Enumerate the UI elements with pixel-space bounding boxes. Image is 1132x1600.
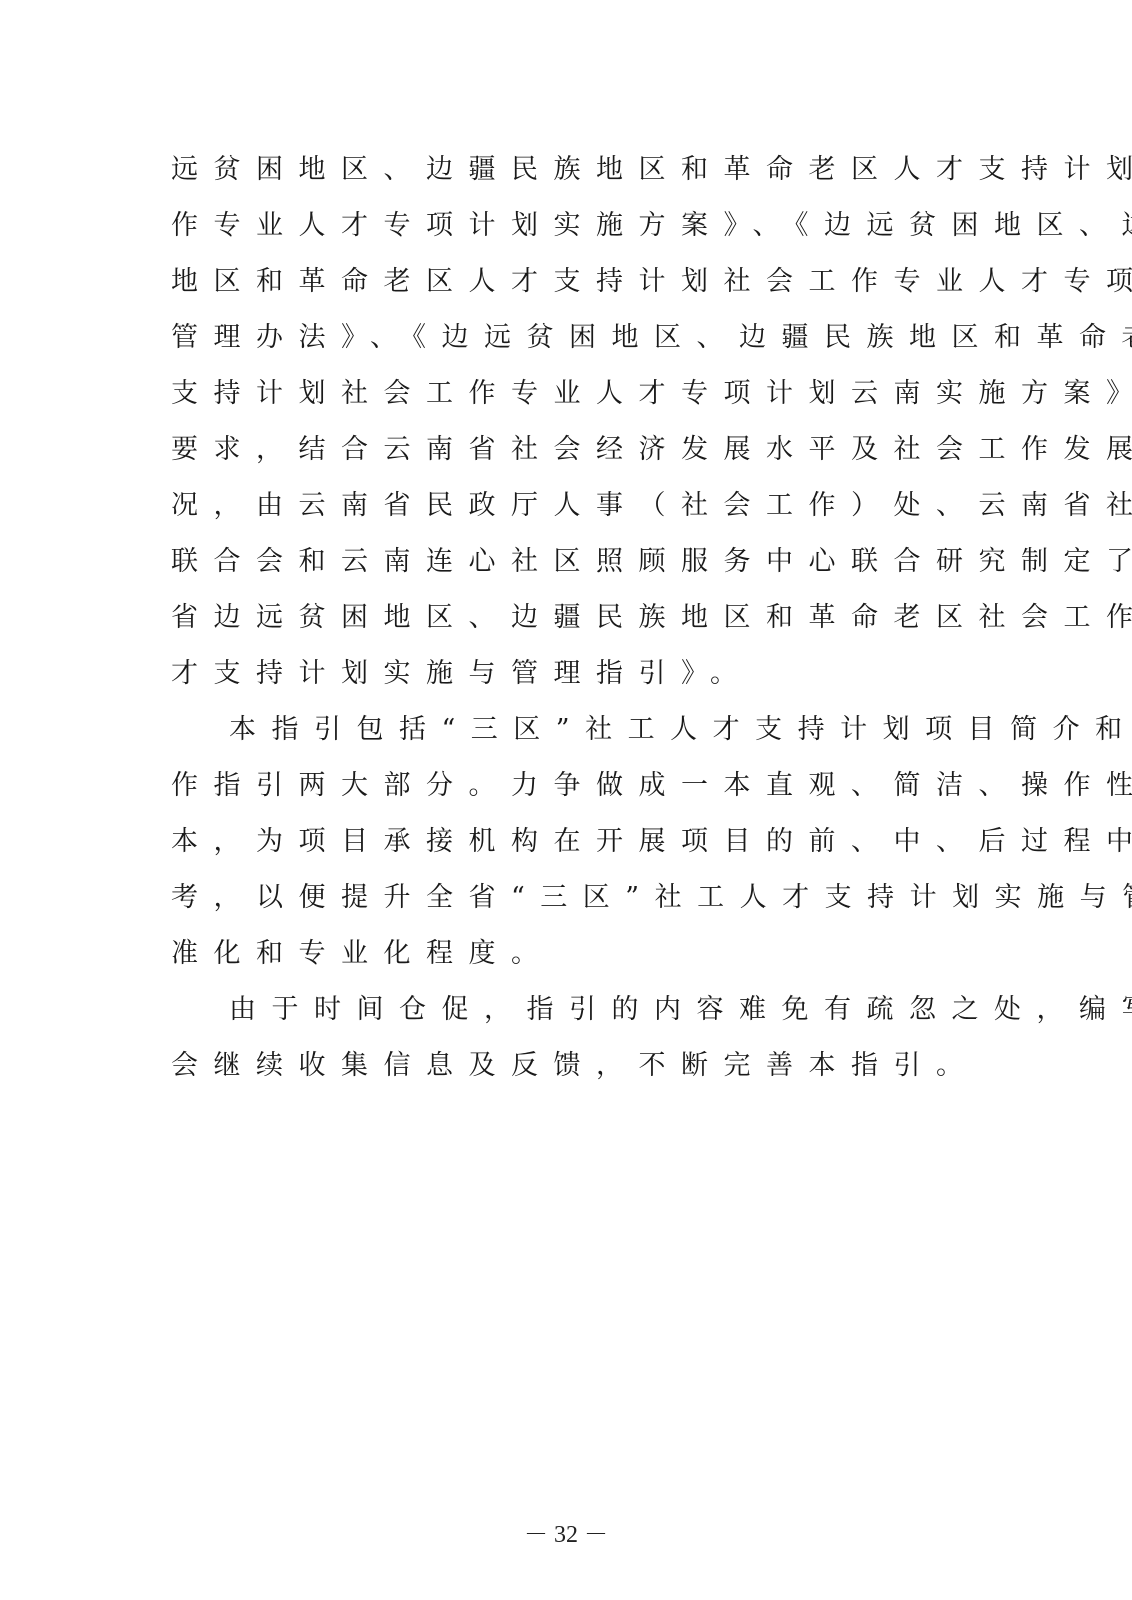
text-line: 会继续收集信息及反馈，不断完善本指引。 — [171, 1038, 943, 1094]
document-page: 远贫困地区、边疆民族地区和革命老区人才支持计划社会工 作专业人才专项计划实施方案… — [0, 0, 1132, 1600]
text-line: 要求，结合云南省社会经济发展水平及社会工作发展实际情 — [171, 422, 943, 478]
text-line: 作专业人才专项计划实施方案》、《边远贫困地区、边疆民族 — [171, 198, 943, 254]
text-line: 远贫困地区、边疆民族地区和革命老区人才支持计划社会工 — [171, 142, 943, 198]
text-line: 准化和专业化程度。 — [171, 926, 943, 982]
text-line: 地区和革命老区人才支持计划社会工作专业人才专项资金 — [171, 254, 943, 310]
page-number: － 32 － — [0, 1514, 1132, 1549]
text-line: 本，为项目承接机构在开展项目的前、中、后过程中提供参 — [171, 814, 943, 870]
text-line: 联合会和云南连心社区照顾服务中心联合研究制定了《云南 — [171, 534, 943, 590]
text-line-indented: 由于时间仓促，指引的内容难免有疏忽之处，编写组将 — [171, 982, 943, 1038]
text-line: 支持计划社会工作专业人才专项计划云南实施方案》等文件 — [171, 366, 943, 422]
text-line: 考，以便提升全省“三区”社工人才支持计划实施与管理的标 — [171, 870, 943, 926]
text-line: 省边远贫困地区、边疆民族地区和革命老区社会工作专业人 — [171, 590, 943, 646]
text-line: 管理办法》、《边远贫困地区、边疆民族地区和革命老区人才 — [171, 310, 943, 366]
body-text: 远贫困地区、边疆民族地区和革命老区人才支持计划社会工 作专业人才专项计划实施方案… — [171, 142, 943, 1094]
text-line-indented: 本指引包括“三区”社工人才支持计划项目简介和项目操 — [171, 702, 943, 758]
text-line: 况，由云南省民政厅人事（社会工作）处、云南省社会工作 — [171, 478, 943, 534]
text-line: 才支持计划实施与管理指引》。 — [171, 646, 943, 702]
text-line: 作指引两大部分。力争做成一本直观、简洁、操作性强的读 — [171, 758, 943, 814]
